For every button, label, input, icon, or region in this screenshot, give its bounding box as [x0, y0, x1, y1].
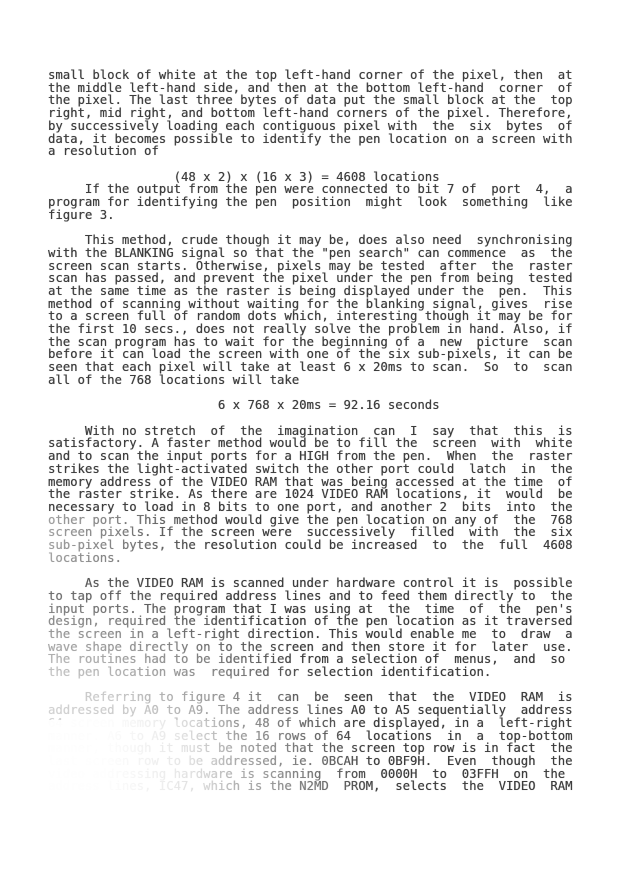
scanned-page: small block of white at the top left-han…: [0, 0, 620, 877]
page-text: small block of white at the top left-han…: [48, 69, 573, 793]
